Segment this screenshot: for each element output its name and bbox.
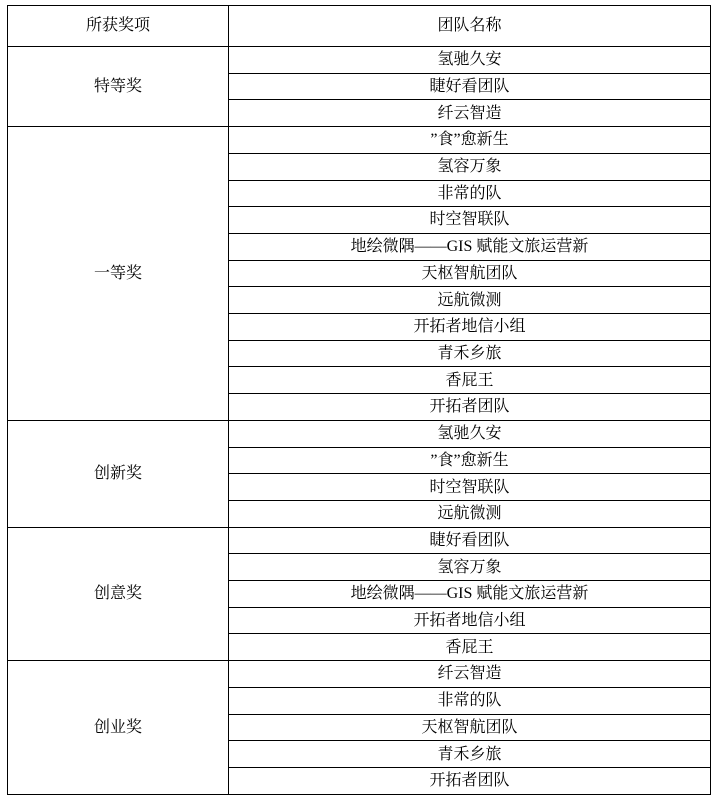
team-cell: 地绘微隅——GIS 赋能文旅运营新 xyxy=(229,581,711,608)
team-cell: 天枢智航团队 xyxy=(229,260,711,287)
header-row: 所获奖项 团队名称 xyxy=(8,6,711,47)
column-header-award: 所获奖项 xyxy=(8,6,229,47)
team-cell: 纤云智造 xyxy=(229,661,711,688)
team-cell: 远航微测 xyxy=(229,287,711,314)
team-cell: 远航微测 xyxy=(229,500,711,527)
team-row: 创意奖睫好看团队 xyxy=(8,527,711,554)
award-cell: 创意奖 xyxy=(8,527,229,661)
team-cell: 开拓者地信小组 xyxy=(229,314,711,341)
team-cell: 开拓者地信小组 xyxy=(229,607,711,634)
document-page: 所获奖项 团队名称 特等奖氢驰久安睫好看团队纤云智造一等奖”食”愈新生氢容万象非… xyxy=(0,0,719,801)
team-cell: 氢容万象 xyxy=(229,153,711,180)
team-cell: 氢容万象 xyxy=(229,554,711,581)
team-row: 一等奖”食”愈新生 xyxy=(8,127,711,154)
team-cell: 香屁王 xyxy=(229,634,711,661)
award-cell: 特等奖 xyxy=(8,47,229,127)
team-cell: 地绘微隅——GIS 赋能文旅运营新 xyxy=(229,233,711,260)
team-cell: 青禾乡旅 xyxy=(229,741,711,768)
team-cell: 青禾乡旅 xyxy=(229,340,711,367)
award-cell: 一等奖 xyxy=(8,127,229,421)
award-cell: 创新奖 xyxy=(8,420,229,527)
team-row: 特等奖氢驰久安 xyxy=(8,47,711,74)
team-cell: 时空智联队 xyxy=(229,474,711,501)
team-cell: 开拓者团队 xyxy=(229,767,711,794)
column-header-team: 团队名称 xyxy=(229,6,711,47)
team-cell: 氢驰久安 xyxy=(229,47,711,74)
team-cell: 时空智联队 xyxy=(229,207,711,234)
award-table-body: 特等奖氢驰久安睫好看团队纤云智造一等奖”食”愈新生氢容万象非常的队时空智联队地绘… xyxy=(8,47,711,795)
award-cell: 创业奖 xyxy=(8,661,229,795)
team-cell: 香屁王 xyxy=(229,367,711,394)
award-table: 所获奖项 团队名称 特等奖氢驰久安睫好看团队纤云智造一等奖”食”愈新生氢容万象非… xyxy=(7,5,711,795)
team-cell: 氢驰久安 xyxy=(229,420,711,447)
team-cell: ”食”愈新生 xyxy=(229,127,711,154)
team-cell: 纤云智造 xyxy=(229,100,711,127)
award-table-header: 所获奖项 团队名称 xyxy=(8,6,711,47)
team-cell: 天枢智航团队 xyxy=(229,714,711,741)
team-cell: 非常的队 xyxy=(229,687,711,714)
team-cell: 非常的队 xyxy=(229,180,711,207)
team-cell: 睫好看团队 xyxy=(229,73,711,100)
team-cell: 睫好看团队 xyxy=(229,527,711,554)
team-cell: 开拓者团队 xyxy=(229,394,711,421)
team-row: 创业奖纤云智造 xyxy=(8,661,711,688)
team-cell: ”食”愈新生 xyxy=(229,447,711,474)
team-row: 创新奖氢驰久安 xyxy=(8,420,711,447)
